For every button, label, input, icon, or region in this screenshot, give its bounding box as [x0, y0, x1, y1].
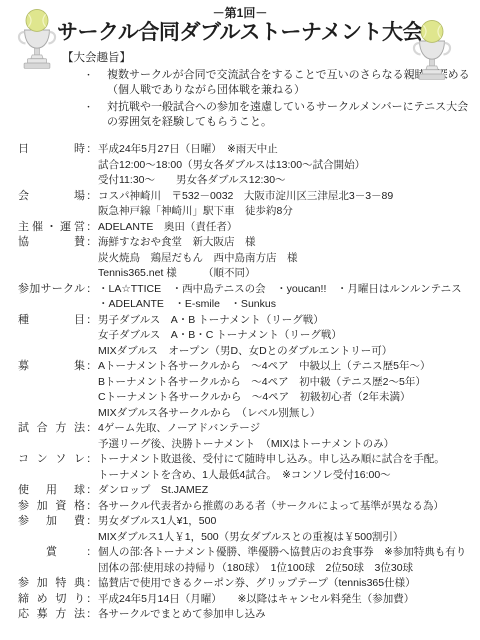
detail-separator: ： — [85, 592, 98, 608]
detail-line: 阪急神戸線「神崎川」駅下車 徒歩約8分 — [98, 204, 480, 220]
detail-row: コンソレ：トーナメント敗退後、受付にて随時申し込み。申し込み順に試合を手配。トー… — [0, 452, 480, 483]
detail-label: 参加特典 — [18, 576, 85, 592]
detail-row: 参加サークル：・LA☆TTICE ・西中島テニスの会 ・youcan!! ・月曜… — [0, 282, 480, 313]
detail-label: 賞 — [18, 545, 85, 561]
detail-content: 男子ダブルス A・B トーナメント（リーグ戦）女子ダブルス A・B・C トーナメ… — [98, 313, 480, 360]
purpose-bullet: ・ 対抗戦や一般試合への参加を遠慮しているサークルメンバーにテニス大会 の雰囲気… — [62, 100, 480, 130]
detail-line: 協賛店で使用できるクーポン券、グリップテープ（tennis365仕様） — [98, 576, 480, 592]
purpose-bullet-text: 対抗戦や一般試合への参加を遠慮しているサークルメンバーにテニス大会 — [107, 100, 468, 115]
detail-content: 平成24年5月27日（日曜） ※雨天中止試合12:00～18:00（男女各ダブル… — [98, 142, 480, 189]
detail-label: 日時 — [18, 142, 85, 158]
detail-line: Cトーナメント各サークルから ～4ペア 初級初心者（2年未満） — [98, 390, 480, 406]
detail-content: Aトーナメント各サークルから ～4ペア 中級以上（テニス歴5年～）Bトーナメント… — [98, 359, 480, 421]
detail-line: Bトーナメント各サークルから ～4ペア 初中級（テニス歴2～5年） — [98, 375, 480, 391]
detail-separator: ： — [85, 189, 98, 205]
detail-row: 参加費：男女ダブルス1人¥1，500MIXダブルス1人￥1，500（男女ダブルス… — [0, 514, 480, 545]
detail-label: 締め切り — [18, 592, 85, 608]
detail-separator: ： — [85, 452, 98, 468]
detail-line: MIXダブルス各サークルから （レベル別無し） — [98, 406, 480, 422]
detail-row: 日時：平成24年5月27日（日曜） ※雨天中止試合12:00～18:00（男女各… — [0, 142, 480, 189]
detail-line: トーナメントを含め、1人最低4試合。 ※コンソレ受付16:00～ — [98, 468, 480, 484]
detail-row: 締め切り：平成24年5月14日（月曜） ※以降はキャンセル料発生（参加費） — [0, 592, 480, 608]
detail-label: 種目 — [18, 313, 85, 329]
detail-line: ADELANTE 奥田（責任者） — [98, 220, 480, 236]
details-rows: 日時：平成24年5月27日（日曜） ※雨天中止試合12:00～18:00（男女各… — [0, 142, 480, 623]
detail-line: ・ADELANTE ・E-smile ・Sunkus — [98, 297, 480, 313]
detail-separator: ： — [85, 499, 98, 515]
detail-content: ADELANTE 奥田（責任者） — [98, 220, 480, 236]
detail-line: 男女ダブルス1人¥1，500 — [98, 514, 480, 530]
bullet-marker: ・ — [62, 68, 107, 83]
detail-line: 受付11:30～ 男女各ダブルス12:30～ — [98, 173, 480, 189]
detail-line: コスパ神崎川 〒532－0032 大阪市淀川区三津屋北3－3－89 — [98, 189, 480, 205]
detail-line: 海鮮すなおや食堂 新大阪店 様 — [98, 235, 480, 251]
detail-row: 協賛：海鮮すなおや食堂 新大阪店 様炭火焼鳥 鶏屋だもん 西中島南方店 様Ten… — [0, 235, 480, 282]
detail-row: 募集：Aトーナメント各サークルから ～4ペア 中級以上（テニス歴5年～）Bトーナ… — [0, 359, 480, 421]
bullet-marker: ・ — [62, 100, 107, 115]
detail-label: 使用球 — [18, 483, 85, 499]
detail-content: ・LA☆TTICE ・西中島テニスの会 ・youcan!! ・月曜日はルンルンテ… — [98, 282, 480, 313]
detail-content: 各サークルでまとめて参加申し込み — [98, 607, 480, 623]
detail-line: 試合12:00～18:00（男女各ダブルスは13:00～試合開始） — [98, 158, 480, 174]
detail-line: MIXダブルス1人￥1，500（男女ダブルスとの重複は￥500割引） — [98, 530, 480, 546]
detail-line: 男子ダブルス A・B トーナメント（リーグ戦） — [98, 313, 480, 329]
detail-content: 個人の部:各トーナメント優勝、準優勝へ協賛店のお食事券 ※参加特典も有り団体の部… — [98, 545, 480, 576]
detail-line: Tennis365.net 様 （順不同） — [98, 266, 480, 282]
detail-row: 賞：個人の部:各トーナメント優勝、準優勝へ協賛店のお食事券 ※参加特典も有り団体… — [0, 545, 480, 576]
detail-content: 4ゲーム先取、ノーアドバンテージ予選リーグ後、決勝トーナメント （MIXはトーナ… — [98, 421, 480, 452]
detail-line: 各サークルでまとめて参加申し込み — [98, 607, 480, 623]
detail-row: 参加資格：各サークル代表者から推薦のある者（サークルによって基準が異なる為） — [0, 499, 480, 515]
detail-line: 団体の部:使用球の持帰り（180球） 1位100球 2位50球 3位30球 — [98, 561, 480, 577]
detail-line: MIXダブルス オープン（男D、女Dとのダブルエントリー可） — [98, 344, 480, 360]
detail-line: トーナメント敗退後、受付にて随時申し込み。申し込み順に試合を手配。 — [98, 452, 480, 468]
detail-separator: ： — [85, 576, 98, 592]
detail-separator: ： — [85, 514, 98, 530]
detail-label: コンソレ — [18, 452, 85, 468]
tournament-flyer: －第1回－ サークル合同ダブルストーナメント大会 【大会趣旨】 ・ 複数サークル… — [0, 0, 480, 623]
detail-separator: ： — [85, 483, 98, 499]
detail-label: 募集 — [18, 359, 85, 375]
detail-label: 試合方法 — [18, 421, 85, 437]
detail-separator: ： — [85, 220, 98, 236]
detail-line: 平成24年5月27日（日曜） ※雨天中止 — [98, 142, 480, 158]
detail-content: 協賛店で使用できるクーポン券、グリップテープ（tennis365仕様） — [98, 576, 480, 592]
detail-line: 平成24年5月14日（月曜） ※以降はキャンセル料発生（参加費） — [98, 592, 480, 608]
detail-line: Aトーナメント各サークルから ～4ペア 中級以上（テニス歴5年～） — [98, 359, 480, 375]
tennis-trophy-icon — [13, 8, 61, 75]
detail-row: 試合方法：4ゲーム先取、ノーアドバンテージ予選リーグ後、決勝トーナメント （MI… — [0, 421, 480, 452]
purpose-bullet-text: の雰囲気を経験してもらうこと。 — [107, 115, 272, 130]
detail-row: 会場：コスパ神崎川 〒532－0032 大阪市淀川区三津屋北3－3－89阪急神戸… — [0, 189, 480, 220]
detail-line: 各サークル代表者から推薦のある者（サークルによって基準が異なる為） — [98, 499, 480, 515]
detail-label: 参加費 — [18, 514, 85, 530]
detail-separator: ： — [85, 359, 98, 375]
detail-line: 4ゲーム先取、ノーアドバンテージ — [98, 421, 480, 437]
detail-line: 炭火焼鳥 鶏屋だもん 西中島南方店 様 — [98, 251, 480, 267]
detail-content: 海鮮すなおや食堂 新大阪店 様炭火焼鳥 鶏屋だもん 西中島南方店 様Tennis… — [98, 235, 480, 282]
detail-row: 種目：男子ダブルス A・B トーナメント（リーグ戦）女子ダブルス A・B・C ト… — [0, 313, 480, 360]
detail-label: 主催・運営 — [18, 220, 85, 236]
detail-line: 予選リーグ後、決勝トーナメント （MIXはトーナメントのみ） — [98, 437, 480, 453]
detail-separator: ： — [85, 235, 98, 251]
detail-line: ダンロップ St.JAMEZ — [98, 483, 480, 499]
detail-content: 男女ダブルス1人¥1，500MIXダブルス1人￥1，500（男女ダブルスとの重複… — [98, 514, 480, 545]
detail-row: 応募方法：各サークルでまとめて参加申し込み — [0, 607, 480, 623]
detail-separator: ： — [85, 545, 98, 561]
detail-content: トーナメント敗退後、受付にて随時申し込み。申し込み順に試合を手配。トーナメントを… — [98, 452, 480, 483]
detail-content: 平成24年5月14日（月曜） ※以降はキャンセル料発生（参加費） — [98, 592, 480, 608]
detail-content: ダンロップ St.JAMEZ — [98, 483, 480, 499]
detail-line: ・LA☆TTICE ・西中島テニスの会 ・youcan!! ・月曜日はルンルンテ… — [98, 282, 480, 298]
edition-label: －第1回－ — [0, 6, 480, 20]
detail-row: 主催・運営：ADELANTE 奥田（責任者） — [0, 220, 480, 236]
detail-label: 応募方法 — [18, 607, 85, 623]
detail-line: 女子ダブルス A・B・C トーナメント（リーグ戦） — [98, 328, 480, 344]
detail-content: コスパ神崎川 〒532－0032 大阪市淀川区三津屋北3－3－89阪急神戸線「神… — [98, 189, 480, 220]
detail-label: 協賛 — [18, 235, 85, 251]
purpose-bullet-text: （個人戦でありながら団体戦を兼ねる） — [107, 83, 305, 98]
detail-line: 個人の部:各トーナメント優勝、準優勝へ協賛店のお食事券 ※参加特典も有り — [98, 545, 480, 561]
detail-label: 参加サークル — [18, 282, 85, 298]
detail-content: 各サークル代表者から推薦のある者（サークルによって基準が異なる為） — [98, 499, 480, 515]
detail-separator: ： — [85, 607, 98, 623]
detail-row: 使用球：ダンロップ St.JAMEZ — [0, 483, 480, 499]
detail-label: 参加資格 — [18, 499, 85, 515]
detail-separator: ： — [85, 313, 98, 329]
detail-label: 会場 — [18, 189, 85, 205]
tennis-trophy-icon — [408, 19, 456, 86]
detail-row: 参加特典：協賛店で使用できるクーポン券、グリップテープ（tennis365仕様） — [0, 576, 480, 592]
detail-separator: ： — [85, 421, 98, 437]
detail-separator: ： — [85, 282, 98, 298]
detail-separator: ： — [85, 142, 98, 158]
